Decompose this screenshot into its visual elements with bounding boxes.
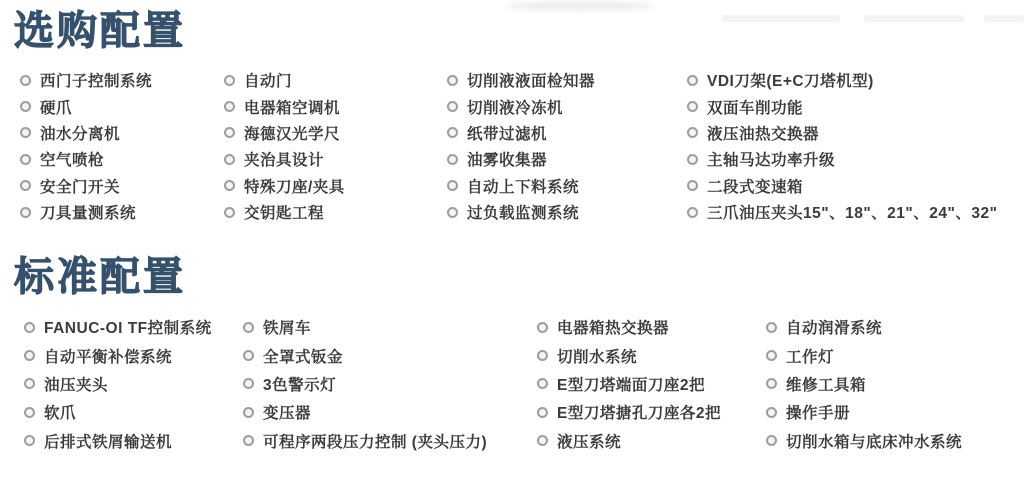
config-item-label: E型刀塔端面刀座2把 xyxy=(557,373,705,395)
config-item-label: FANUC-OI TF控制系统 xyxy=(44,316,212,338)
config-item-label: 切削液冷冻机 xyxy=(467,96,563,118)
config-list-item: 变压器 xyxy=(243,398,537,426)
ring-bullet-icon xyxy=(766,407,777,418)
ring-bullet-icon xyxy=(447,180,458,191)
config-list-item: 切削液液面检知器 xyxy=(447,67,687,93)
ring-bullet-icon xyxy=(687,207,698,218)
config-list-item: 全罩式钣金 xyxy=(243,341,537,369)
standard-config-column-4: 自动润滑系统工作灯维修工具箱操作手册切削水箱与底床冲水系统 xyxy=(766,313,962,455)
ring-bullet-icon xyxy=(766,322,777,333)
config-list-item: 液压油热交换器 xyxy=(687,120,997,146)
section-optional-config: 选购配置 西门子控制系统硬爪油水分离机空气喷枪安全门开关刀具量测系统 自动门电器… xyxy=(0,8,997,225)
ring-bullet-icon xyxy=(20,154,31,165)
ring-bullet-icon xyxy=(447,207,458,218)
config-item-label: 全罩式钣金 xyxy=(263,345,343,367)
config-list-item: 3色警示灯 xyxy=(243,370,537,398)
ring-bullet-icon xyxy=(24,350,35,361)
config-list-item: 刀具量测系统 xyxy=(20,199,224,225)
ring-bullet-icon xyxy=(20,180,31,191)
ring-bullet-icon xyxy=(24,407,35,418)
ring-bullet-icon xyxy=(687,127,698,138)
config-item-label: 西门子控制系统 xyxy=(40,69,152,91)
config-item-label: 工作灯 xyxy=(786,345,834,367)
ring-bullet-icon xyxy=(224,127,235,138)
config-list-item: 三爪油压夹头15"、18"、21"、24"、32" xyxy=(687,199,997,225)
config-list-item: 交钥匙工程 xyxy=(224,199,447,225)
config-list-item: E型刀塔搪孔刀座各2把 xyxy=(537,398,766,426)
config-list-item: 操作手册 xyxy=(766,398,962,426)
config-item-label: 自动润滑系统 xyxy=(786,316,882,338)
config-item-label: 主轴马达功率升级 xyxy=(707,148,835,170)
config-item-label: 液压油热交换器 xyxy=(707,122,819,144)
config-list-item: 油雾收集器 xyxy=(447,146,687,172)
ring-bullet-icon xyxy=(447,101,458,112)
config-list-item: 电器箱热交换器 xyxy=(537,313,766,341)
config-item-label: 空气喷枪 xyxy=(40,148,104,170)
config-list-item: 主轴马达功率升级 xyxy=(687,146,997,172)
config-item-label: 软爪 xyxy=(44,401,76,423)
config-item-label: 过负载监测系统 xyxy=(467,201,579,223)
ring-bullet-icon xyxy=(537,378,548,389)
config-item-label: 液压系统 xyxy=(557,430,621,452)
config-item-label: 自动平衡补偿系统 xyxy=(44,345,172,367)
config-list-item: 西门子控制系统 xyxy=(20,67,224,93)
config-item-label: 电器箱热交换器 xyxy=(557,316,669,338)
config-item-label: 硬爪 xyxy=(40,96,72,118)
ring-bullet-icon xyxy=(24,435,35,446)
config-list-item: 切削水系统 xyxy=(537,341,766,369)
config-item-label: 电器箱空调机 xyxy=(244,96,340,118)
config-item-label: 后排式铁屑输送机 xyxy=(44,430,172,452)
standard-config-column-2: 铁屑车全罩式钣金3色警示灯变压器可程序两段压力控制 (夹头压力) xyxy=(243,313,537,455)
ring-bullet-icon xyxy=(447,75,458,86)
configuration-sheet: 选购配置 西门子控制系统硬爪油水分离机空气喷枪安全门开关刀具量测系统 自动门电器… xyxy=(0,0,1026,488)
section-standard-config: 标准配置 FANUC-OI TF控制系统自动平衡补偿系统油压夹头软爪后排式铁屑输… xyxy=(0,254,962,455)
config-list-item: 夹治具设计 xyxy=(224,146,447,172)
ring-bullet-icon xyxy=(243,435,254,446)
config-item-label: 自动门 xyxy=(244,69,292,91)
ring-bullet-icon xyxy=(20,75,31,86)
config-list-item: 软爪 xyxy=(24,398,243,426)
config-list-item: 硬爪 xyxy=(20,93,224,119)
optional-config-column-3: 切削液液面检知器切削液冷冻机纸带过滤机油雾收集器自动上下料系统过负载监测系统 xyxy=(447,67,687,225)
config-list-item: 液压系统 xyxy=(537,427,766,455)
ring-bullet-icon xyxy=(24,322,35,333)
config-list-item: 铁屑车 xyxy=(243,313,537,341)
ring-bullet-icon xyxy=(766,378,777,389)
config-item-label: 三爪油压夹头15"、18"、21"、24"、32" xyxy=(707,201,997,223)
ring-bullet-icon xyxy=(24,378,35,389)
config-list-item: FANUC-OI TF控制系统 xyxy=(24,313,243,341)
optional-config-columns: 西门子控制系统硬爪油水分离机空气喷枪安全门开关刀具量测系统 自动门电器箱空调机海… xyxy=(0,67,997,225)
config-item-label: 海德汉光学尺 xyxy=(244,122,340,144)
config-list-item: 电器箱空调机 xyxy=(224,93,447,119)
config-list-item: 自动门 xyxy=(224,67,447,93)
ring-bullet-icon xyxy=(766,435,777,446)
config-list-item: 安全门开关 xyxy=(20,173,224,199)
config-item-label: 3色警示灯 xyxy=(263,373,336,395)
ring-bullet-icon xyxy=(687,101,698,112)
ring-bullet-icon xyxy=(687,180,698,191)
optional-config-title: 选购配置 xyxy=(14,8,997,54)
config-list-item: 特殊刀座/夹具 xyxy=(224,173,447,199)
ring-bullet-icon xyxy=(224,180,235,191)
ring-bullet-icon xyxy=(537,435,548,446)
config-item-label: 特殊刀座/夹具 xyxy=(244,175,345,197)
ring-bullet-icon xyxy=(224,75,235,86)
config-item-label: 油雾收集器 xyxy=(467,148,547,170)
ring-bullet-icon xyxy=(447,154,458,165)
ring-bullet-icon xyxy=(224,154,235,165)
ring-bullet-icon xyxy=(447,127,458,138)
standard-config-column-1: FANUC-OI TF控制系统自动平衡补偿系统油压夹头软爪后排式铁屑输送机 xyxy=(24,313,243,455)
ring-bullet-icon xyxy=(243,350,254,361)
config-list-item: 工作灯 xyxy=(766,341,962,369)
config-item-label: 切削水系统 xyxy=(557,345,637,367)
config-list-item: E型刀塔端面刀座2把 xyxy=(537,370,766,398)
config-list-item: 切削液冷冻机 xyxy=(447,93,687,119)
config-list-item: 自动平衡补偿系统 xyxy=(24,341,243,369)
config-item-label: 纸带过滤机 xyxy=(467,122,547,144)
config-list-item: 纸带过滤机 xyxy=(447,120,687,146)
config-list-item: 海德汉光学尺 xyxy=(224,120,447,146)
config-list-item: 双面车削功能 xyxy=(687,93,997,119)
standard-config-column-3: 电器箱热交换器切削水系统E型刀塔端面刀座2把E型刀塔搪孔刀座各2把液压系统 xyxy=(537,313,766,455)
config-item-label: 夹治具设计 xyxy=(244,148,324,170)
optional-config-column-2: 自动门电器箱空调机海德汉光学尺夹治具设计特殊刀座/夹具交钥匙工程 xyxy=(224,67,447,225)
ring-bullet-icon xyxy=(537,407,548,418)
config-list-item: 切削水箱与底床冲水系统 xyxy=(766,427,962,455)
ring-bullet-icon xyxy=(537,322,548,333)
config-item-label: VDI刀架(E+C刀塔机型) xyxy=(707,69,874,91)
config-item-label: 维修工具箱 xyxy=(786,373,866,395)
config-list-item: 自动上下料系统 xyxy=(447,173,687,199)
config-item-label: 交钥匙工程 xyxy=(244,201,324,223)
config-item-label: E型刀塔搪孔刀座各2把 xyxy=(557,401,721,423)
ring-bullet-icon xyxy=(243,378,254,389)
config-item-label: 自动上下料系统 xyxy=(467,175,579,197)
ring-bullet-icon xyxy=(20,207,31,218)
config-item-label: 安全门开关 xyxy=(40,175,120,197)
config-item-label: 操作手册 xyxy=(786,401,850,423)
ring-bullet-icon xyxy=(243,407,254,418)
ring-bullet-icon xyxy=(537,350,548,361)
config-list-item: 油水分离机 xyxy=(20,120,224,146)
ring-bullet-icon xyxy=(243,322,254,333)
config-list-item: VDI刀架(E+C刀塔机型) xyxy=(687,67,997,93)
config-item-label: 切削液液面检知器 xyxy=(467,69,595,91)
config-list-item: 后排式铁屑输送机 xyxy=(24,427,243,455)
ring-bullet-icon xyxy=(766,350,777,361)
config-list-item: 维修工具箱 xyxy=(766,370,962,398)
ring-bullet-icon xyxy=(224,101,235,112)
ring-bullet-icon xyxy=(20,101,31,112)
config-list-item: 过负载监测系统 xyxy=(447,199,687,225)
config-item-label: 变压器 xyxy=(263,401,311,423)
standard-config-title: 标准配置 xyxy=(14,254,962,300)
config-item-label: 切削水箱与底床冲水系统 xyxy=(786,430,962,452)
config-list-item: 油压夹头 xyxy=(24,370,243,398)
ring-bullet-icon xyxy=(687,75,698,86)
config-list-item: 自动润滑系统 xyxy=(766,313,962,341)
ring-bullet-icon xyxy=(224,207,235,218)
config-item-label: 铁屑车 xyxy=(263,316,311,338)
optional-config-column-1: 西门子控制系统硬爪油水分离机空气喷枪安全门开关刀具量测系统 xyxy=(20,67,224,225)
config-item-label: 二段式变速箱 xyxy=(707,175,803,197)
ring-bullet-icon xyxy=(687,154,698,165)
config-item-label: 双面车削功能 xyxy=(707,96,803,118)
config-list-item: 二段式变速箱 xyxy=(687,173,997,199)
config-item-label: 可程序两段压力控制 (夹头压力) xyxy=(263,430,487,452)
ring-bullet-icon xyxy=(20,127,31,138)
optional-config-column-4: VDI刀架(E+C刀塔机型)双面车削功能液压油热交换器主轴马达功率升级二段式变速… xyxy=(687,67,997,225)
config-item-label: 油压夹头 xyxy=(44,373,108,395)
standard-config-columns: FANUC-OI TF控制系统自动平衡补偿系统油压夹头软爪后排式铁屑输送机 铁屑… xyxy=(0,313,962,455)
config-list-item: 可程序两段压力控制 (夹头压力) xyxy=(243,427,537,455)
config-item-label: 油水分离机 xyxy=(40,122,120,144)
config-list-item: 空气喷枪 xyxy=(20,146,224,172)
config-item-label: 刀具量测系统 xyxy=(40,201,136,223)
